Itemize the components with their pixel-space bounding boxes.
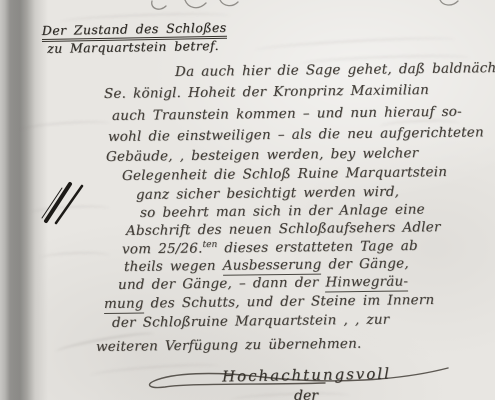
ink-showthrough [40, 251, 110, 263]
line-text: des Schutts, und der Steine im Innern [144, 292, 435, 312]
manuscript-line: vom 25/26.ten dieses erstatteten Tage ab [122, 237, 418, 257]
title-line-2: zu Marquartstein betref. [47, 38, 227, 56]
manuscript-line: und der Gänge, – dann der Hinwegräu- [118, 273, 408, 293]
line-text: theils wegen [124, 258, 223, 275]
manuscript-line: so beehrt man sich in der Anlage eine [140, 202, 425, 221]
margin-double-stroke-mark [40, 180, 88, 226]
underlined-word: mung [104, 296, 144, 314]
line-text: dieses erstatteten Tage ab [217, 238, 418, 256]
line-text: der Gänge, [321, 256, 409, 273]
manuscript-line: Se. königl. Hoheit der Kronprinz Maximil… [104, 82, 429, 102]
document-title: Der Zustand des Schloßes zu Marquartstei… [42, 20, 227, 56]
line-text: und der Gänge, – dann der [118, 274, 326, 293]
line-text: vom 25/26. [122, 241, 203, 258]
manuscript-line: wohl die einstweiligen – als die neu auf… [108, 124, 484, 145]
ink-showthrough [230, 391, 350, 400]
underlined-word: Hinwegräu- [325, 273, 408, 292]
closing-salutation: Hochachtungsvoll [222, 365, 391, 386]
manuscript-page: Der Zustand des Schloßes zu Marquartstei… [0, 0, 495, 400]
signature-fragment: der [294, 388, 318, 400]
underlined-word: Ausbesserung [223, 257, 322, 276]
superscript-date-suffix: ten [202, 240, 217, 250]
manuscript-line: Gebäude, , besteigen werden, bey welcher [106, 145, 419, 165]
manuscript-line: theils wegen Ausbesserung der Gänge, [124, 256, 409, 275]
cropped-stroke-fragments [0, 0, 495, 14]
manuscript-line: Abschrift des neuen Schloßaufsehers Adle… [126, 219, 441, 239]
manuscript-line: mung des Schutts, und der Steine im Inne… [104, 292, 435, 312]
manuscript-line: Gelegenheit die Schloß Ruine Marquartste… [122, 164, 447, 184]
title-line-1: Der Zustand des Schloßes [42, 20, 227, 38]
ink-showthrough [255, 35, 455, 55]
manuscript-line: weiteren Verfügung zu übernehmen. [96, 336, 362, 355]
manuscript-line: der Schloßruine Marquartstein , , zur [112, 312, 390, 331]
manuscript-line: Da auch hier die Sage gehet, daß baldnäc… [175, 60, 495, 80]
manuscript-line: ganz sicher besichtigt werden wird, [136, 184, 399, 203]
